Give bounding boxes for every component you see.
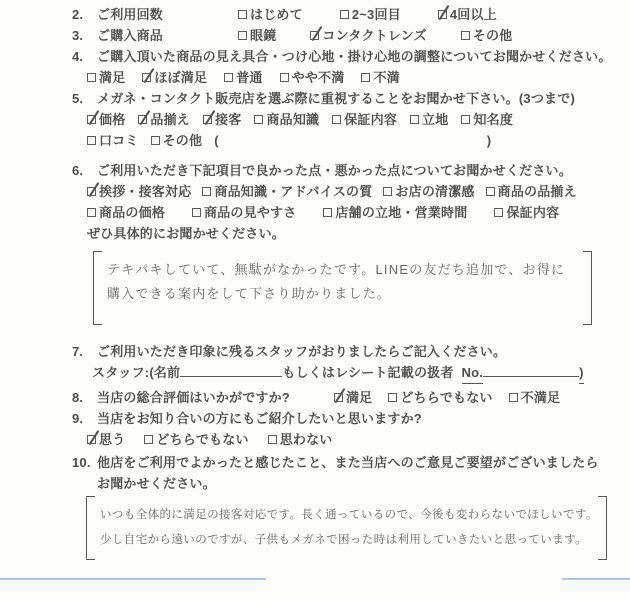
option-label: 保証内容 [344, 109, 397, 130]
question-9-options: 思う どちらでもない 思わない [87, 429, 333, 450]
option-label: 普通 [236, 67, 262, 88]
question-4-number: 4. [72, 46, 97, 67]
option-sougou-manzoku: 満足 [334, 387, 372, 408]
option-hoshou-naiyou: 保証内容 [332, 109, 397, 130]
option-label: 満足 [99, 67, 125, 88]
question-3-label: ご購入商品 [97, 25, 223, 46]
question-9-number: 9. [72, 408, 97, 429]
checkbox-seiketsukan[interactable] [383, 187, 392, 196]
question-4-row: 4. ご購入頂いた商品の見え具合・つけ心地・掛け心地の調整についてお聞かせくださ… [72, 46, 630, 67]
staff-no-blank[interactable] [483, 362, 579, 377]
question-8-row: 8. 当店の総合評価はいかがですか? 満足 どちらでもない 不満足 [72, 387, 630, 408]
comment-box-q10[interactable]: いつも全体的に満足の接客対応です。長く通っているので、今後も変わらないでほしいで… [86, 496, 607, 560]
option-hoshou-naiyou-2: 保証内容 [494, 202, 559, 223]
checkbox-megane[interactable] [238, 31, 247, 40]
question-10-text-line2: お聞かせください。 [97, 473, 216, 494]
checkbox-ricchi[interactable] [410, 115, 419, 124]
question-8-text: 当店の総合評価はいかがですか? [97, 387, 290, 408]
option-advice-shitsu: 商品知識・アドバイスの質 [202, 181, 372, 202]
question-5-options-row1: 価格 品揃え 接客 商品知識 保証内容 立地 知名度 [72, 109, 630, 130]
checkbox-contact-lens[interactable] [310, 31, 319, 40]
question-6-row: 6. ご利用いただき下記項目で良かった点・悪かった点についてお聞かせください。 [72, 160, 630, 181]
option-contact-lens: コンタクトレンズ [310, 25, 426, 46]
handwritten-comment-line: テキパキしていて、無駄がなかったです。LINEの友だち追加で、お得に [107, 258, 576, 282]
question-3-options: 眼鏡 コンタクトレンズ その他 [238, 25, 512, 46]
checkbox-hoshou-naiyou-2[interactable] [494, 208, 503, 217]
free-text-paren: () [214, 130, 491, 151]
checkbox-tenpo-ricchi[interactable] [323, 208, 332, 217]
question-6-options-row2: 商品の価格 商品の見やすさ 店舗の立地・営業時間 保証内容 [72, 202, 630, 223]
option-label: 立地 [422, 109, 448, 130]
question-6-text: ご利用いただき下記項目で良かった点・悪かった点についてお聞かせください。 [97, 160, 572, 181]
checkbox-shouhin-shinazoroe[interactable] [486, 187, 495, 196]
checkbox-hobo-manzoku[interactable] [142, 73, 151, 82]
question-2-row: 2. ご利用回数 はじめて 2~3回目 4回以上 [72, 4, 630, 25]
checkbox-sonota[interactable] [461, 31, 470, 40]
question-6-options-1: 挨拶・接客対応 商品知識・アドバイスの質 お店の清潔感 商品の品揃え [87, 181, 577, 202]
staff-paren-close: ) [579, 362, 584, 384]
option-label: 満足 [346, 387, 372, 408]
staff-entry-row: スタッフ:(名前もしくはレシート記載の扱者No.) [92, 362, 630, 384]
option-tenpo-ricchi: 店舗の立地・営業時間 [323, 202, 467, 223]
option-dochirademonai-2: どちらでもない [144, 429, 248, 450]
option-2-3-kaime: 2~3回目 [340, 4, 401, 25]
option-label: やや不満 [292, 67, 345, 88]
checkbox-kakaku[interactable] [87, 115, 96, 124]
staff-no-label: No. [462, 362, 484, 384]
checkbox-fuman[interactable] [361, 73, 370, 82]
option-label: 価格 [99, 109, 125, 130]
option-shouhin-shinazoroe: 商品の品揃え [486, 181, 577, 202]
question-5-row: 5. メガネ・コンタクト販売店を選ぶ際に重視することをお聞かせ下さい。(3つまで… [72, 88, 630, 109]
option-label: 商品の品揃え [498, 181, 577, 202]
question-10-number: 10. [72, 452, 97, 473]
option-label: 接客 [215, 109, 241, 130]
option-sekkyaku: 接客 [203, 109, 241, 130]
option-omou: 思う [87, 429, 125, 450]
option-label: 不満 [373, 67, 399, 88]
option-label: どちらでもない [400, 387, 492, 408]
checkbox-sonota-2[interactable] [151, 136, 160, 145]
option-label: 思う [99, 429, 125, 450]
question-4-options-row: 満足 ほぼ満足 普通 やや不満 不満 [72, 67, 630, 88]
checkbox-4-kai-ijou[interactable] [438, 10, 447, 19]
staff-middle-text: もしくはレシート記載の扱者 [282, 362, 453, 383]
checkbox-omowanai[interactable] [268, 435, 277, 444]
checkbox-kuchikomi[interactable] [87, 136, 96, 145]
handwritten-comment-line: 少し自宅から遠いのですが、子供もメガネで困った時は利用していきたいと思っています… [100, 528, 591, 553]
option-fumanzoku: 不満足 [509, 387, 561, 408]
checkbox-shinazoroe[interactable] [138, 115, 147, 124]
question-6-options-row1: 挨拶・接客対応 商品知識・アドバイスの質 お店の清潔感 商品の品揃え [72, 181, 630, 202]
staff-name-prefix: スタッフ:(名前 [92, 362, 180, 383]
option-kakaku: 価格 [87, 109, 125, 130]
handwritten-comment-line: いつも全体的に満足の接客対応です。長く通っているので、今後も変わらないでほしいで… [100, 503, 591, 528]
option-label: 保証内容 [506, 202, 559, 223]
option-shouhin-chishiki: 商品知識 [254, 109, 319, 130]
option-miyasusa: 商品の見やすさ [192, 202, 296, 223]
option-hajimete: はじめて [238, 4, 303, 25]
checkbox-advice-shitsu[interactable] [202, 187, 211, 196]
question-6-note-row: ぜひ具体的にお聞かせください。 [72, 223, 630, 244]
option-megane: 眼鏡 [238, 25, 276, 46]
question-10-row: 10. 他店をご利用でよかったと感じたこと、また当店へのご意見ご要望がございまし… [72, 452, 630, 473]
option-futsuu: 普通 [224, 67, 262, 88]
question-2-label: ご利用回数 [97, 4, 223, 25]
option-label: 商品知識 [266, 109, 319, 130]
option-omowanai: 思わない [268, 429, 333, 450]
option-label: 知名度 [473, 109, 513, 130]
question-7-text: ご利用いただき印象に残るスタッフがおりましたらご記入ください。 [97, 341, 506, 362]
checkbox-shouhin-chishiki[interactable] [254, 115, 263, 124]
option-seiketsukan: お店の清潔感 [383, 181, 474, 202]
option-label: 商品の見やすさ [204, 202, 296, 223]
survey-form: 2. ご利用回数 はじめて 2~3回目 4回以上 3. ご購入商品 眼鏡 コンタ… [0, 4, 630, 560]
option-label: その他 [163, 130, 203, 151]
question-9-row: 9. 当店をお知り合いの方にもご紹介したいと思いますか? [72, 408, 630, 429]
handwritten-comment-line: 購入できる案内をして下さり助かりました。 [107, 282, 576, 306]
option-label: その他 [473, 25, 513, 46]
option-yaya-fuman: やや不満 [280, 67, 345, 88]
checkbox-aisatsu-sekkyaku[interactable] [87, 187, 96, 196]
question-5-options-1: 価格 品揃え 接客 商品知識 保証内容 立地 知名度 [87, 109, 513, 130]
question-6-options-2: 商品の価格 商品の見やすさ 店舗の立地・営業時間 保証内容 [87, 202, 559, 223]
question-9-options-row: 思う どちらでもない 思わない [72, 429, 630, 450]
option-kuchikomi: 口コミ [87, 130, 139, 151]
staff-name-blank[interactable] [180, 362, 282, 377]
option-sonota-2: その他 [151, 130, 203, 151]
option-label: 2~3回目 [352, 4, 401, 25]
checkbox-manzoku[interactable] [87, 73, 96, 82]
question-5-text: メガネ・コンタクト販売店を選ぶ際に重視することをお聞かせ下さい。(3つまで) [97, 88, 575, 109]
checkbox-fumanzoku[interactable] [509, 393, 518, 402]
paren-close: ) [487, 130, 492, 151]
question-10-row2: お聞かせください。 [72, 473, 630, 494]
option-label: コンタクトレンズ [322, 25, 426, 46]
option-hobo-manzoku: ほぼ満足 [142, 67, 207, 88]
option-label: はじめて [250, 4, 303, 25]
question-3-number: 3. [72, 25, 97, 46]
question-7-row: 7. ご利用いただき印象に残るスタッフがおりましたらご記入ください。 [72, 341, 630, 362]
question-9-text: 当店をお知り合いの方にもご紹介したいと思いますか? [97, 408, 422, 429]
option-4-kai-ijou: 4回以上 [438, 4, 497, 25]
option-label: 品揃え [150, 109, 190, 130]
question-2-options: はじめて 2~3回目 4回以上 [238, 4, 497, 25]
option-sonota: その他 [461, 25, 513, 46]
question-5-options-row2: 口コミ その他 () [72, 130, 630, 151]
question-2-number: 2. [72, 4, 97, 25]
checkbox-sougou-manzoku[interactable] [334, 393, 343, 402]
checkbox-hoshou-naiyou[interactable] [332, 115, 341, 124]
comment-box-q6[interactable]: テキパキしていて、無駄がなかったです。LINEの友だち追加で、お得に 購入できる… [93, 251, 592, 325]
option-shouhin-kakaku: 商品の価格 [87, 202, 165, 223]
option-chimeido: 知名度 [461, 109, 513, 130]
option-label: ほぼ満足 [154, 67, 207, 88]
option-dochirademonai: どちらでもない [388, 387, 492, 408]
option-label: 思わない [280, 429, 333, 450]
checkbox-yaya-fuman[interactable] [280, 73, 289, 82]
checkbox-shouhin-kakaku[interactable] [87, 208, 96, 217]
question-6-note: ぜひ具体的にお聞かせください。 [87, 223, 285, 244]
option-label: どちらでもない [156, 429, 248, 450]
scan-edge-line-right [562, 578, 630, 580]
option-fuman: 不満 [361, 67, 399, 88]
option-label: 商品の価格 [99, 202, 165, 223]
option-aisatsu-sekkyaku: 挨拶・接客対応 [87, 181, 191, 202]
checkbox-dochirademonai[interactable] [388, 393, 397, 402]
scanned-survey-form: { "colors": { "paper": "#fcfcfb", "ink":… [0, 0, 630, 600]
question-4-text: ご購入頂いた商品の見え具合・つけ心地・掛け心地の調整についてお聞かせください。 [97, 46, 612, 67]
checkbox-sekkyaku[interactable] [203, 115, 212, 124]
question-7-number: 7. [72, 341, 97, 362]
question-10-text-line1: 他店をご利用でよかったと感じたこと、また当店へのご意見ご要望がございましたら [97, 452, 599, 473]
option-label: 眼鏡 [250, 25, 276, 46]
scan-edge-line-left [0, 578, 266, 580]
option-label: お店の清潔感 [395, 181, 474, 202]
option-label: 店舗の立地・営業時間 [335, 202, 467, 223]
question-4-options: 満足 ほぼ満足 普通 やや不満 不満 [87, 67, 400, 88]
option-label: 挨拶・接客対応 [99, 181, 191, 202]
checkbox-dochirademonai-2[interactable] [144, 435, 153, 444]
option-label: 口コミ [99, 130, 139, 151]
checkbox-2-3-kaime[interactable] [340, 10, 349, 19]
question-8-number: 8. [72, 387, 97, 408]
paren-open: ( [214, 130, 219, 151]
checkbox-miyasusa[interactable] [192, 208, 201, 217]
option-label: 4回以上 [450, 4, 497, 25]
checkbox-chimeido[interactable] [461, 115, 470, 124]
checkbox-omou[interactable] [87, 435, 96, 444]
option-label: 商品知識・アドバイスの質 [214, 181, 372, 202]
option-manzoku: 満足 [87, 67, 125, 88]
question-6-number: 6. [72, 160, 97, 181]
checkbox-hajimete[interactable] [238, 10, 247, 19]
checkbox-futsuu[interactable] [224, 73, 233, 82]
option-shinazoroe: 品揃え [138, 109, 190, 130]
option-ricchi: 立地 [410, 109, 448, 130]
question-5-options-2: 口コミ その他 () [87, 130, 491, 151]
question-5-number: 5. [72, 88, 97, 109]
question-8-options: 満足 どちらでもない 不満足 [334, 387, 560, 408]
option-label: 不満足 [521, 387, 561, 408]
question-3-row: 3. ご購入商品 眼鏡 コンタクトレンズ その他 [72, 25, 630, 46]
